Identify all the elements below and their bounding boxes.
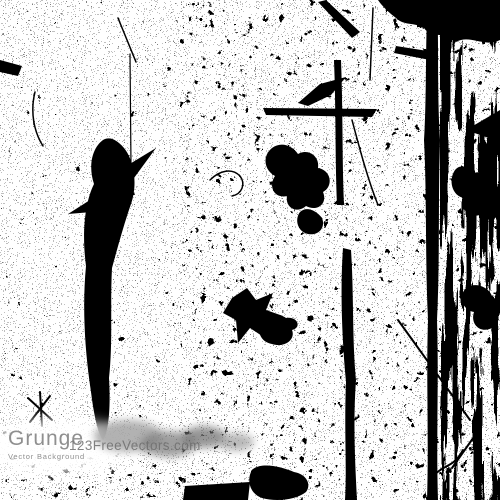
texture-subtitle: Vector Background (8, 452, 85, 461)
gray-smudge-4 (218, 433, 254, 451)
grunge-background-image: Grunge Vector Background 123FreeVectors.… (0, 0, 500, 500)
watermark-text: 123FreeVectors.com (69, 438, 201, 453)
grunge-texture (0, 0, 500, 500)
